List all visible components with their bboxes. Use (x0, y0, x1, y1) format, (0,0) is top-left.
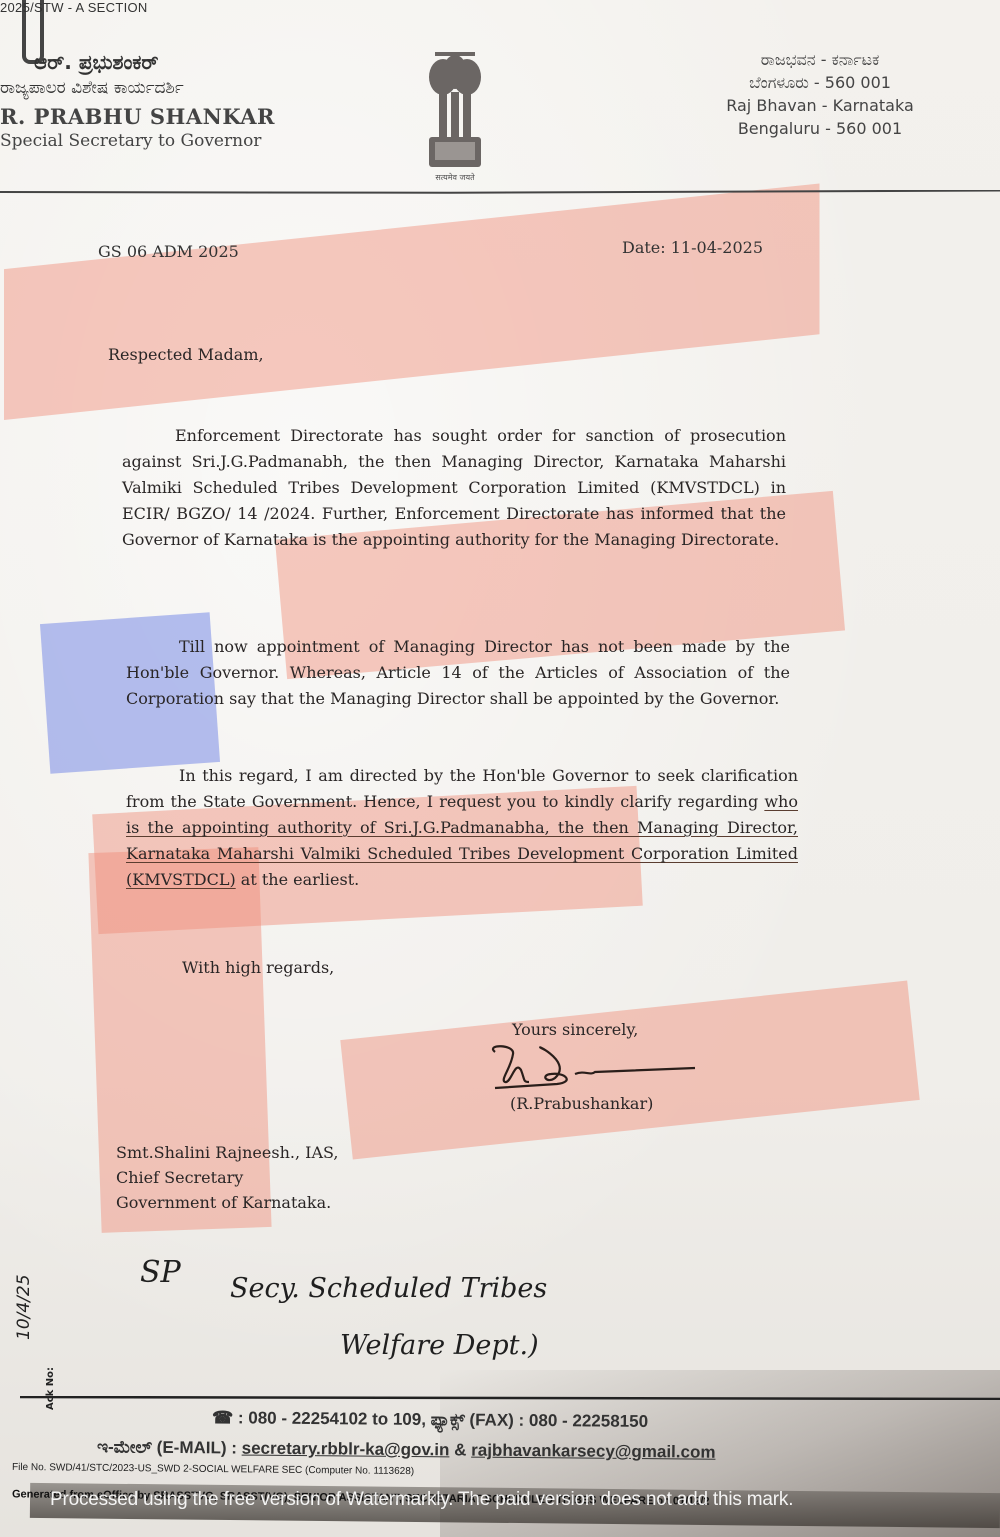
address-line-kannada-1: ರಾಜಭವನ - ಕರ್ನಾಟಕ (690, 48, 950, 71)
highlight-overlay-top (4, 183, 820, 420)
letterhead-divider (0, 190, 1000, 194)
letterhead-sender: ಆರ್. ಪ್ರಭುಶಂಕರ್ ರಾಜ್ಯಪಾಲರ ವಿಶೇಷ ಕಾರ್ಯದರ್… (0, 50, 300, 151)
paragraph-3: In this regard, I am directed by the Hon… (126, 763, 798, 893)
sender-name-kannada: ಆರ್. ಪ್ರಭುಶಂಕರ್ (34, 50, 300, 74)
addressee-block: Smt.Shalini Rajneesh., IAS, Chief Secret… (116, 1140, 338, 1215)
addressee-organization: Government of Karnataka. (116, 1190, 338, 1215)
email-link-2[interactable]: rajbhavankarsecy@gmail.com (471, 1441, 715, 1462)
address-line-kannada-2: ಬೆಂಗಳೂರು - 560 001 (690, 71, 950, 94)
sender-title-kannada: ರಾಜ್ಯಪಾಲರ ವಿಶೇಷ ಕಾರ್ಯದರ್ಶಿ (0, 78, 300, 98)
regards-line: With high regards, (182, 958, 334, 977)
margin-handwritten-date: 10/4/25 (14, 1274, 34, 1340)
watermark-text: Processed using the free version of Wate… (50, 1489, 793, 1511)
address-line-english-2: Bengaluru - 560 001 (690, 117, 950, 140)
footer-phone-fax: ☎ : 080 - 22254102 to 109, ಫ್ಯಾಕ್ಸ್ (FAX… (212, 1408, 648, 1432)
sender-name-english: R. PRABHU SHANKAR (0, 104, 300, 129)
eoffice-file-number: File No. SWD/41/STC/2023-US_SWD 2-SOCIAL… (12, 1462, 414, 1477)
margin-stamp: Ack No: (45, 1367, 56, 1410)
handwritten-line-1: Secy. Scheduled Tribes (230, 1273, 547, 1304)
addressee-name: Smt.Shalini Rajneesh., IAS, (116, 1140, 338, 1165)
paragraph-3-text: In this regard, I am directed by the Hon… (126, 766, 798, 811)
footer-divider (0, 1396, 1000, 1400)
sender-title-english: Special Secretary to Governor (0, 131, 300, 151)
email-separator: & (454, 1440, 466, 1459)
footer-email: ಇ-ಮೇಲ್ (E-MAIL) : secretary.rbblr-ka@gov… (97, 1437, 716, 1462)
paragraph-2: Till now appointment of Managing Directo… (126, 634, 790, 712)
phone-number: ☎ : 080 - 22254102 to 109, (212, 1408, 426, 1429)
signatory-name: (R.Prabushankar) (510, 1094, 653, 1113)
address-line-english-1: Raj Bhavan - Karnataka (690, 94, 950, 117)
letter-date: Date: 11-04-2025 (622, 238, 763, 257)
scanned-letter-page: 2025/STW - A SECTION ಆರ್. ಪ್ರಭುಶಂಕರ್ ರಾಜ… (0, 0, 1000, 1537)
national-emblem-icon (415, 42, 495, 192)
closing-line: Yours sincerely, (512, 1020, 638, 1039)
addressee-designation: Chief Secretary (116, 1165, 338, 1190)
paragraph-1: Enforcement Directorate has sought order… (122, 423, 786, 553)
signature-icon (485, 1040, 705, 1095)
paragraph-3-end: at the earliest. (236, 870, 360, 889)
handwritten-initials: SP (140, 1255, 181, 1290)
file-section-reference: 2025/STW - A SECTION (0, 0, 148, 15)
email-label: ಇ-ಮೇಲ್ (E-MAIL) : (97, 1437, 237, 1457)
email-link-1[interactable]: secretary.rbblr-ka@gov.in (242, 1439, 450, 1460)
fax-number: ಫ್ಯಾಕ್ಸ್ (FAX) : 080 - 22258150 (431, 1410, 649, 1431)
letterhead-address: ರಾಜಭವನ - ಕರ್ನಾಟಕ ಬೆಂಗಳೂರು - 560 001 Raj … (690, 48, 950, 140)
emblem-motto: सत्यमेव जयते (420, 172, 490, 183)
reference-number: GS 06 ADM 2025 (98, 242, 239, 261)
salutation: Respected Madam, (108, 345, 264, 364)
handwritten-line-2: Welfare Dept.) (340, 1330, 539, 1361)
